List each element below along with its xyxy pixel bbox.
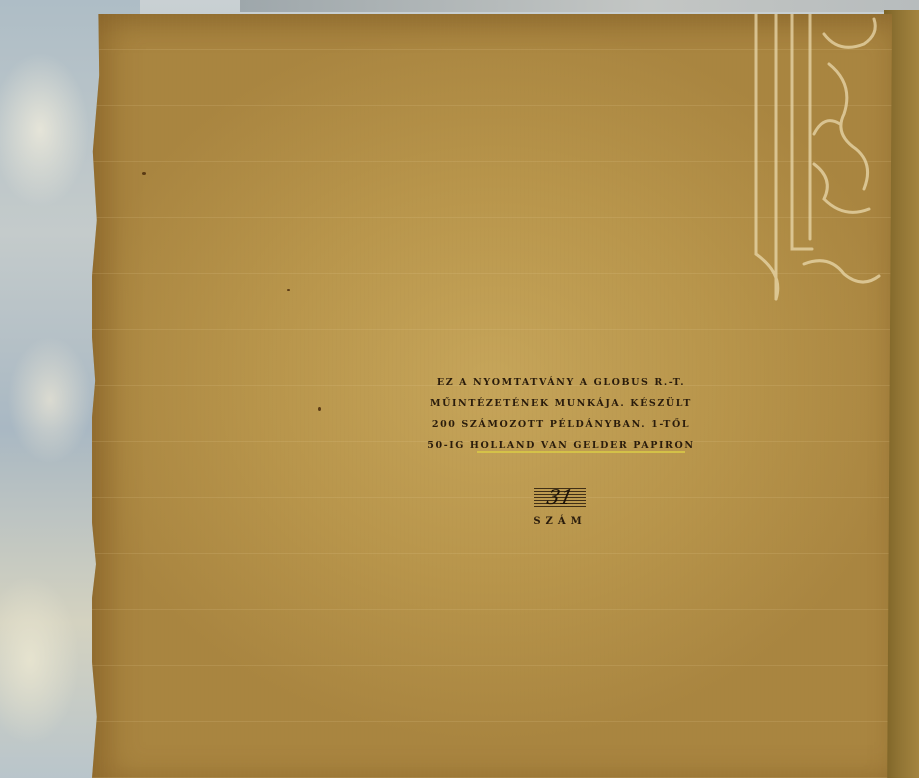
- copy-number: 31: [531, 485, 588, 509]
- watermark-ornament-icon: [744, 14, 884, 304]
- copy-number-label: SZÁM: [522, 516, 598, 527]
- highlight-underline: [477, 451, 685, 453]
- top-edge-background: [240, 0, 919, 12]
- paper-speck: [287, 289, 290, 291]
- colophon-line-3: 200 SZÁMOZOTT PÉLDÁNYBAN. 1-TŐL: [426, 414, 696, 435]
- paper-leaf: EZ A NYOMTATVÁNY A GLOBUS R.-T. MŰINTÉZE…: [92, 14, 892, 778]
- colophon-text-block: EZ A NYOMTATVÁNY A GLOBUS R.-T. MŰINTÉZE…: [426, 372, 696, 456]
- paper-speck: [142, 172, 146, 175]
- colophon-line-2: MŰINTÉZETÉNEK MUNKÁJA. KÉSZÜLT: [426, 393, 696, 414]
- paper-speck: [318, 407, 321, 411]
- colophon-line-1: EZ A NYOMTATVÁNY A GLOBUS R.-T.: [426, 372, 696, 393]
